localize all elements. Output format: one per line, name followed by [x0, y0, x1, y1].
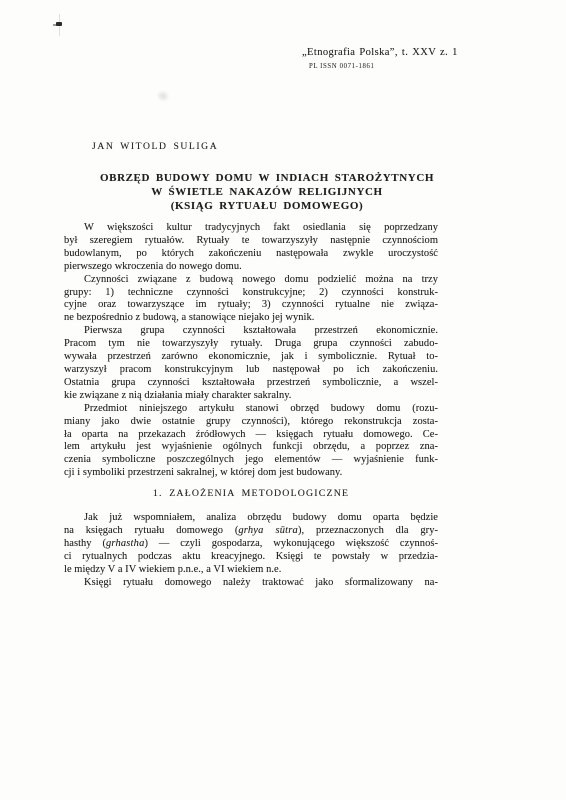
- article-title: OBRZĘD BUDOWY DOMU W INDIACH STAROŻYTNYC…: [80, 172, 454, 214]
- text-line: cyjne oraz towarzyszące im rytuały; 3) c…: [64, 299, 438, 312]
- text-line: hasthy (grhastha) — czyli gospodarza, wy…: [64, 538, 438, 551]
- paragraph: Jak już wspomniałem, analiza obrzędu bud…: [64, 512, 438, 577]
- text-line: cji i symboliki przestrzeni sakralnej, w…: [64, 467, 438, 480]
- title-line-3: (KSIĄG RYTUAŁU DOMOWEGO): [80, 200, 454, 214]
- title-line-1: OBRZĘD BUDOWY DOMU W INDIACH STAROŻYTNYC…: [80, 172, 454, 186]
- text-line: na księgach rytuału domowego (grhya sūtr…: [64, 525, 438, 538]
- text-line: kie związane z nią działania miały chara…: [64, 390, 438, 403]
- text-line: Pracom tym nie towarzyszyły rytuały. Dru…: [64, 338, 438, 351]
- section-1-body: Jak już wspomniałem, analiza obrzędu bud…: [64, 512, 438, 589]
- text-line: Pierwsza grupa czynności kształtowała pr…: [64, 325, 438, 338]
- text-line: Czynności związane z budową nowego domu …: [64, 274, 438, 287]
- text-line: czenia symboliczne poszczególnych jego e…: [64, 454, 438, 467]
- section-heading: 1. ZAŁOŻENIA METODOLOGICZNE: [64, 488, 438, 499]
- text-line: Księgi rytuału domowego należy traktować…: [64, 577, 438, 590]
- text-line: grupy: 1) techniczne czynności konstrukc…: [64, 287, 438, 300]
- title-line-2: W ŚWIETLE NAKAZÓW RELIGIJNYCH: [80, 186, 454, 200]
- text-line: budowlanym, po których zakończeniu nastę…: [64, 248, 438, 261]
- text-line: warzyszył pracom konstrukcyjnym lub nast…: [64, 364, 438, 377]
- text-line: le między V a IV wiekiem p.n.e., a VI wi…: [64, 564, 438, 577]
- journal-issn: PL ISSN 0071-1861: [309, 63, 458, 70]
- text-line: Przedmiot niniejszego artykułu stanowi o…: [64, 403, 438, 416]
- text-line: ne bezpośrednio z budową, a stanowiące n…: [64, 312, 438, 325]
- author-name: JAN WITOLD SULIGA: [92, 141, 218, 152]
- paragraph: Pierwsza grupa czynności kształtowała pr…: [64, 325, 438, 402]
- text-line: był szeregiem rytuałów. Rytuały te towar…: [64, 235, 438, 248]
- text-line: ci rytualnych podczas aktu kreacyjnego. …: [64, 551, 438, 564]
- intro-body: W większości kultur tradycyjnych fakt os…: [64, 222, 438, 480]
- journal-header: „Etnografia Polska”, t. XXV z. 1 PL ISSN…: [302, 47, 458, 70]
- text-line: Jak już wspomniałem, analiza obrzędu bud…: [64, 512, 438, 525]
- scanned-page: „Etnografia Polska”, t. XXV z. 1 PL ISSN…: [0, 0, 566, 800]
- text-line: lem artykułu jest wyjaśnienie ogólnych f…: [64, 441, 438, 454]
- text-line: W większości kultur tradycyjnych fakt os…: [64, 222, 438, 235]
- scan-artifact-smudge: [154, 88, 171, 104]
- journal-title-volume: „Etnografia Polska”, t. XXV z. 1: [302, 47, 458, 58]
- paragraph: W większości kultur tradycyjnych fakt os…: [64, 222, 438, 274]
- paragraph: Czynności związane z budową nowego domu …: [64, 274, 438, 326]
- paragraph: Księgi rytuału domowego należy traktować…: [64, 577, 438, 590]
- text-line: pierwszego wkroczenia do nowego domu.: [64, 261, 438, 274]
- text-line: ła oparta na przekazach źródłowych — ksi…: [64, 429, 438, 442]
- text-line: wywała przestrzeń zarówno ekonomicznie, …: [64, 351, 438, 364]
- text-line: Ostatnia grupa czynności kształtowała pr…: [64, 377, 438, 390]
- scan-artifact-dot: [56, 22, 62, 26]
- text-line: miany jako dwie ostatnie grupy czynności…: [64, 416, 438, 429]
- paragraph: Przedmiot niniejszego artykułu stanowi o…: [64, 403, 438, 480]
